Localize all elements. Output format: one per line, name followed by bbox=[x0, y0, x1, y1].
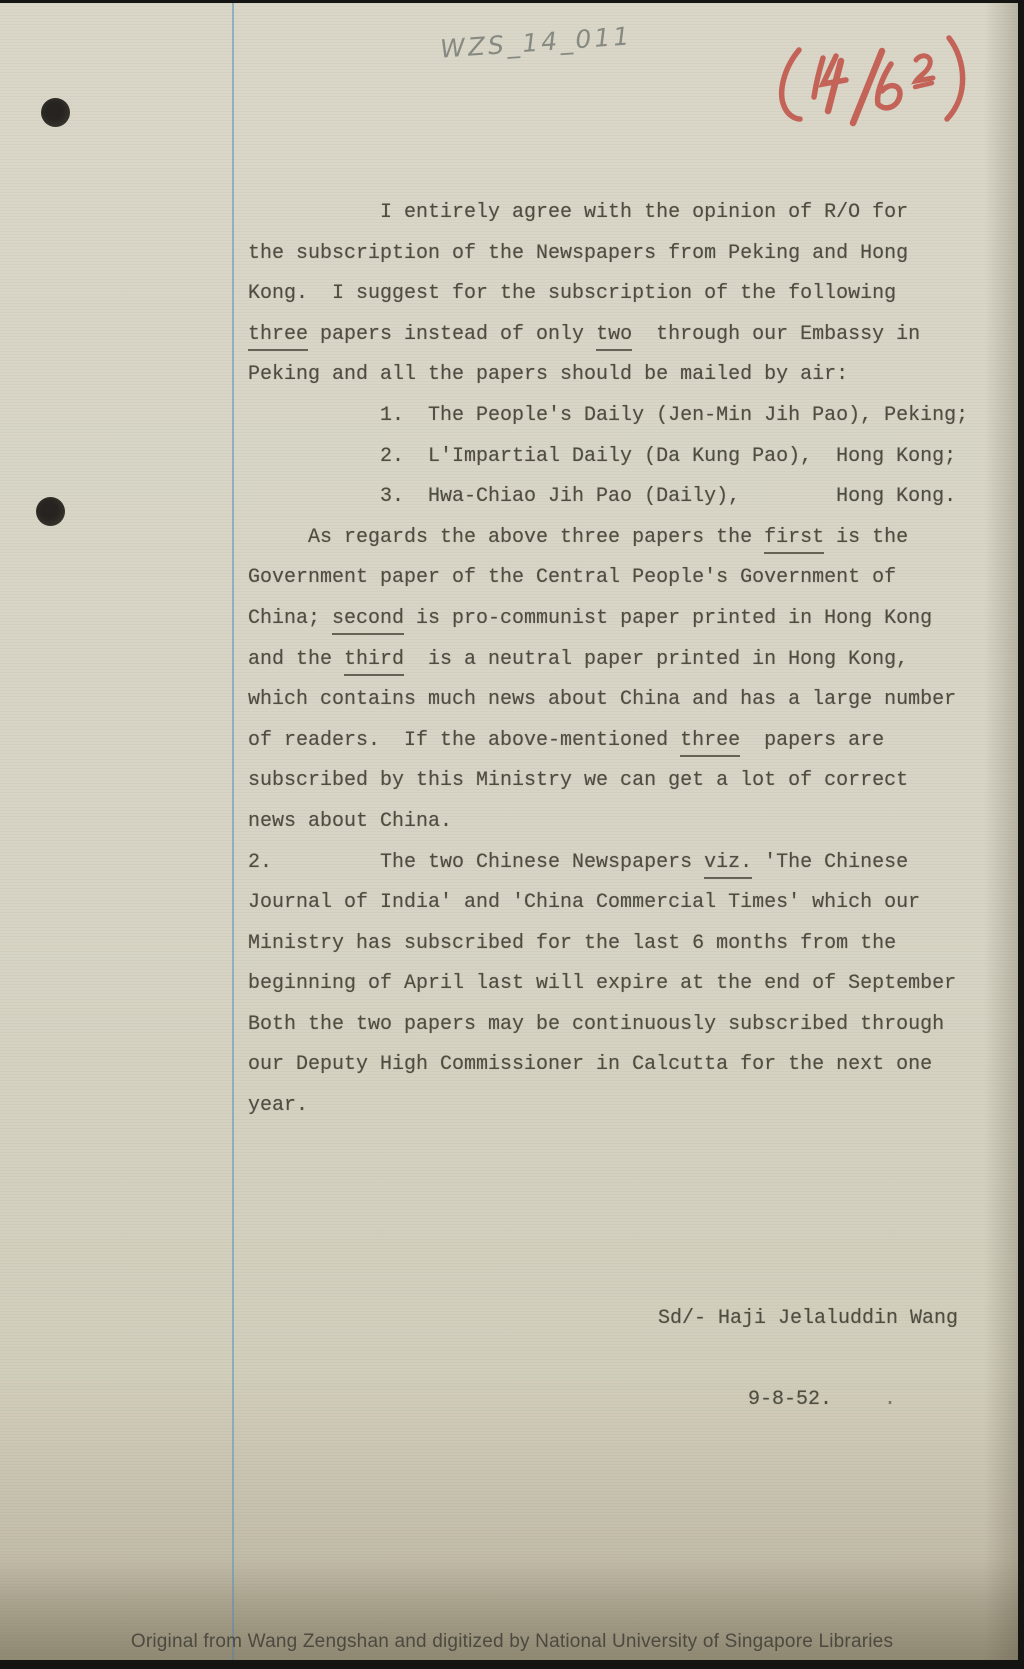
typed-line: news about China. bbox=[248, 802, 1024, 843]
typed-line: Kong. I suggest for the subscription of … bbox=[248, 274, 1024, 315]
scan-edge-right bbox=[1018, 0, 1024, 1669]
typed-text: Peking and all the papers should be mail… bbox=[248, 363, 848, 386]
typed-line: the subscription of the Newspapers from … bbox=[248, 234, 1024, 275]
typed-text: is pro-communist paper printed in Hong K… bbox=[404, 607, 932, 630]
underlined-word: three bbox=[248, 323, 308, 351]
typed-text: the subscription of the Newspapers from … bbox=[248, 242, 908, 265]
typed-line: and the third is a neutral paper printed… bbox=[248, 640, 1024, 681]
typed-text: Government paper of the Central People's… bbox=[248, 566, 896, 589]
typed-line: 1. The People's Daily (Jen-Min Jih Pao),… bbox=[248, 396, 1024, 437]
ink-speck: . bbox=[884, 1388, 896, 1411]
underlined-word: viz. bbox=[704, 851, 752, 879]
typed-text: is the bbox=[824, 526, 908, 549]
typed-text: Ministry has subscribed for the last 6 m… bbox=[248, 932, 896, 955]
typed-text: I entirely agree with the opinion of R/O… bbox=[248, 201, 908, 224]
right-edge-shadow bbox=[984, 0, 1018, 1669]
typed-line: Peking and all the papers should be mail… bbox=[248, 355, 1024, 396]
margin-rule-line bbox=[232, 0, 234, 1660]
typed-text: subscribed by this Ministry we can get a… bbox=[248, 769, 908, 792]
typed-text: Kong. I suggest for the subscription of … bbox=[248, 282, 896, 305]
typed-text: our Deputy High Commissioner in Calcutta… bbox=[248, 1053, 932, 1076]
typed-line: three papers instead of only two through… bbox=[248, 315, 1024, 356]
hole-punch-top bbox=[41, 98, 70, 127]
underlined-word: three bbox=[680, 729, 740, 757]
typed-text: year. bbox=[248, 1094, 308, 1117]
signature-name: Sd/- Haji Jelaluddin Wang bbox=[658, 1305, 958, 1332]
typed-line: subscribed by this Ministry we can get a… bbox=[248, 761, 1024, 802]
signature-block: Sd/- Haji Jelaluddin Wang 9-8-52.. bbox=[658, 1251, 958, 1467]
red-annotation-mark bbox=[770, 26, 990, 130]
typed-text: 2. L'Impartial Daily (Da Kung Pao), Hong… bbox=[248, 445, 956, 468]
underlined-word: first bbox=[764, 526, 824, 554]
typed-line: I entirely agree with the opinion of R/O… bbox=[248, 193, 1024, 234]
underlined-word: two bbox=[596, 323, 632, 351]
typed-line: 2. The two Chinese Newspapers viz. 'The … bbox=[248, 843, 1024, 884]
typed-text: which contains much news about China and… bbox=[248, 688, 956, 711]
signature-date: 9-8-52. bbox=[748, 1386, 832, 1413]
typed-text: papers instead of only bbox=[308, 323, 596, 346]
typed-line: Both the two papers may be continuously … bbox=[248, 1005, 1024, 1046]
typed-line: Government paper of the Central People's… bbox=[248, 558, 1024, 599]
typed-text: Both the two papers may be continuously … bbox=[248, 1013, 944, 1036]
typed-line: our Deputy High Commissioner in Calcutta… bbox=[248, 1045, 1024, 1086]
typed-line: Journal of India' and 'China Commercial … bbox=[248, 883, 1024, 924]
typed-line: 3. Hwa-Chiao Jih Pao (Daily), Hong Kong. bbox=[248, 477, 1024, 518]
typed-text: 3. Hwa-Chiao Jih Pao (Daily), Hong Kong. bbox=[248, 485, 956, 508]
hole-punch-bottom bbox=[36, 497, 65, 526]
typed-text: China; bbox=[248, 607, 332, 630]
typed-line: of readers. If the above-mentioned three… bbox=[248, 721, 1024, 762]
typed-text: through our Embassy in bbox=[632, 323, 920, 346]
typed-text: of readers. If the above-mentioned bbox=[248, 729, 680, 752]
underlined-word: third bbox=[344, 648, 404, 676]
underlined-word: second bbox=[332, 607, 404, 635]
typed-text: is a neutral paper printed in Hong Kong, bbox=[404, 648, 908, 671]
typed-line: year. bbox=[248, 1086, 1024, 1127]
typed-line: China; second is pro-communist paper pri… bbox=[248, 599, 1024, 640]
scan-edge-top bbox=[0, 0, 1024, 3]
typed-text: news about China. bbox=[248, 810, 452, 833]
letter-body: I entirely agree with the opinion of R/O… bbox=[248, 193, 1024, 1127]
typed-text: As regards the above three papers the bbox=[248, 526, 764, 549]
typed-text: 2. The two Chinese Newspapers bbox=[248, 851, 704, 874]
typed-line: As regards the above three papers the fi… bbox=[248, 518, 1024, 559]
typed-text: and the bbox=[248, 648, 344, 671]
typed-line: 2. L'Impartial Daily (Da Kung Pao), Hong… bbox=[248, 437, 1024, 478]
typed-line: which contains much news about China and… bbox=[248, 680, 1024, 721]
typed-line: Ministry has subscribed for the last 6 m… bbox=[248, 924, 1024, 965]
typed-text: 1. The People's Daily (Jen-Min Jih Pao),… bbox=[248, 404, 968, 427]
typed-line: beginning of April last will expire at t… bbox=[248, 964, 1024, 1005]
scan-edge-bottom bbox=[0, 1660, 1024, 1669]
typed-text: 'The Chinese bbox=[752, 851, 908, 874]
typed-text: Journal of India' and 'China Commercial … bbox=[248, 891, 920, 914]
typed-text: beginning of April last will expire at t… bbox=[248, 972, 956, 995]
footer-credit: Original from Wang Zengshan and digitize… bbox=[0, 1631, 1024, 1653]
scanned-letter-page: WZS_14_011 I entirely agree with the opi… bbox=[0, 0, 1024, 1669]
signature-date-row: 9-8-52.. bbox=[658, 1386, 958, 1413]
typed-text: papers are bbox=[740, 729, 884, 752]
